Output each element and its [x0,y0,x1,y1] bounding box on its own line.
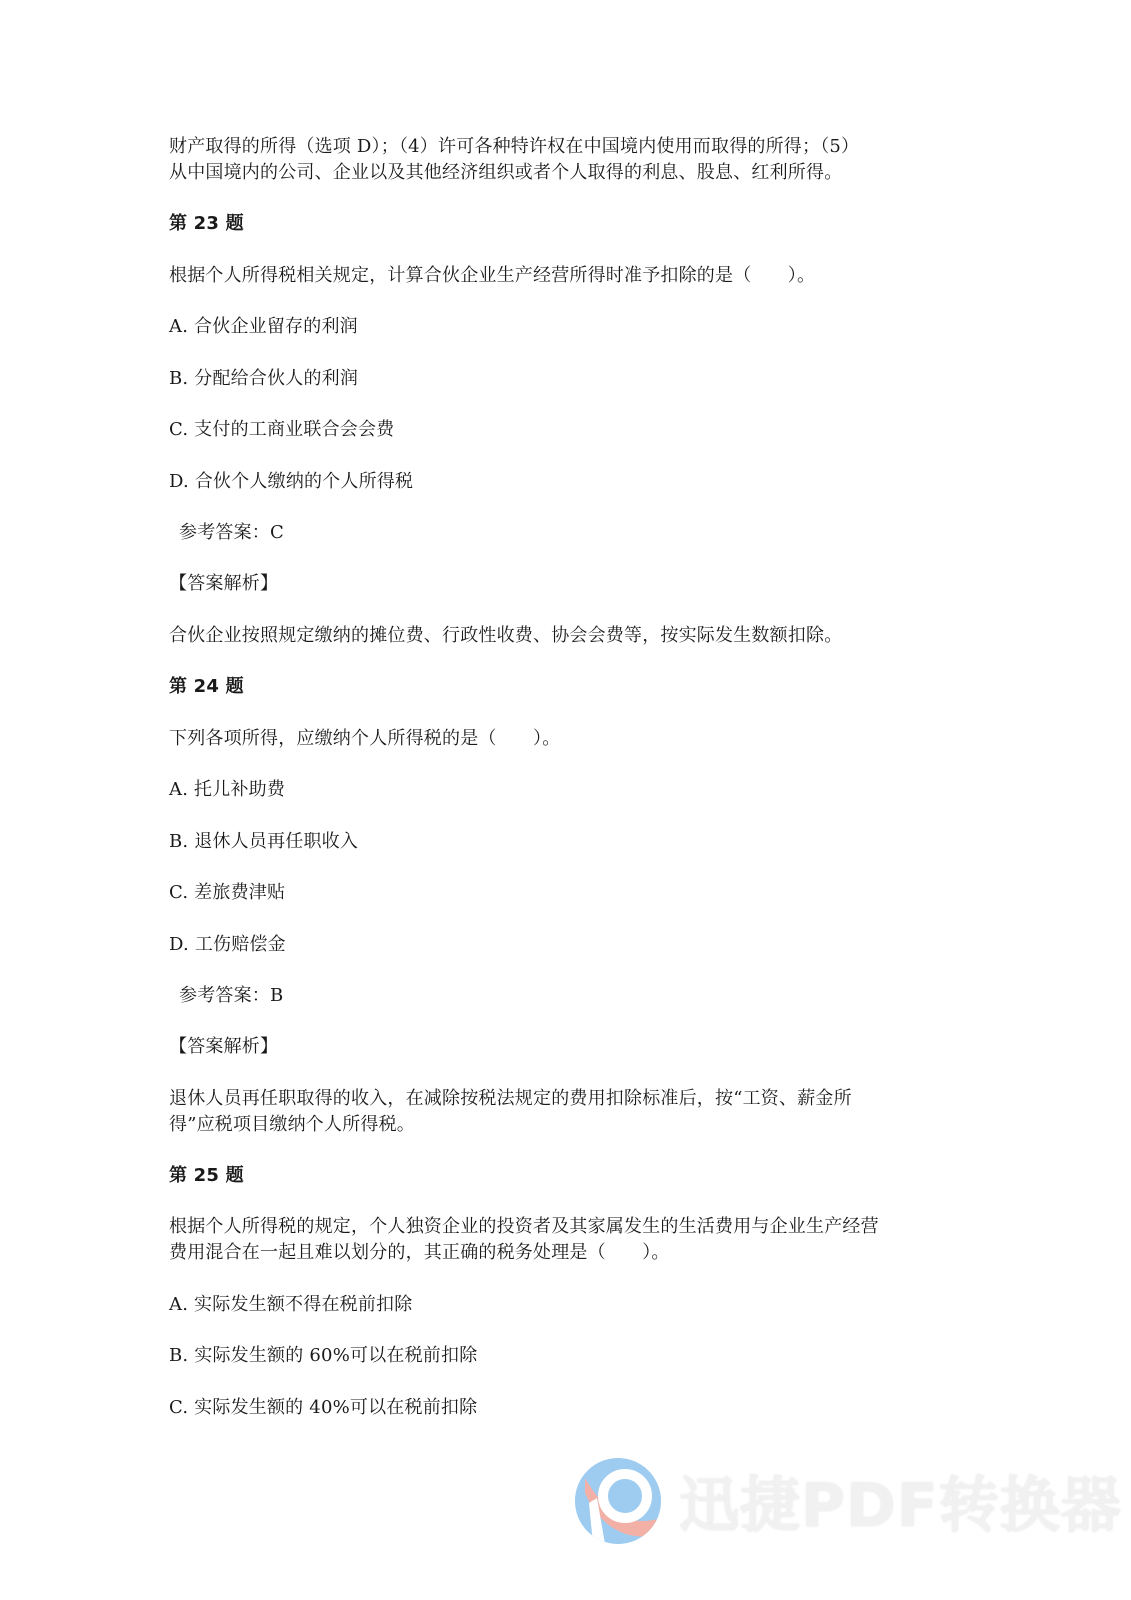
continuation-line-2: 从中国境内的公司、企业以及其他经济组织或者个人取得的利息、股息、红利所得。 [169,160,842,186]
question-23-option-c: C. 支付的工商业联合会会费 [169,417,394,443]
converter-logo-icon [575,1458,661,1544]
question-24-option-b: B. 退休人员再任职收入 [169,829,358,855]
question-25-option-a: A. 实际发生额不得在税前扣除 [169,1292,412,1318]
question-25-option-b: B. 实际发生额的 60%可以在税前扣除 [169,1343,477,1369]
question-24-option-d: D. 工伤赔偿金 [169,932,286,958]
question-23-analysis-label: 【答案解析】 [169,571,278,597]
watermark: 迅捷PDF转换器 [575,1458,1122,1544]
question-25-option-c: C. 实际发生额的 40%可以在税前扣除 [169,1395,477,1421]
question-23-option-d: D. 合伙个人缴纳的个人所得税 [169,469,413,495]
watermark-text: 迅捷PDF转换器 [679,1458,1122,1544]
question-24-analysis-label: 【答案解析】 [169,1034,278,1060]
question-24-analysis-line-1: 退休人员再任职取得的收入，在减除按税法规定的费用扣除标准后，按“工资、薪金所 [169,1086,852,1112]
question-25-stem-line-1: 根据个人所得税的规定，个人独资企业的投资者及其家属发生的生活费用与企业生产经营 [169,1214,879,1240]
question-25-title: 第 25 题 [169,1163,244,1189]
question-23-option-a: A. 合伙企业留存的利润 [169,314,358,340]
question-23-stem: 根据个人所得税相关规定，计算合伙企业生产经营所得时准予扣除的是（ ）。 [169,263,815,289]
continuation-line-1: 财产取得的所得（选项 D）；（4）许可各种特许权在中国境内使用而取得的所得；（5… [169,134,859,160]
question-25-stem-line-2: 费用混合在一起且难以划分的，其正确的税务处理是（ ）。 [169,1240,670,1266]
question-23-answer: 参考答案：C [169,520,284,546]
question-23-option-b: B. 分配给合伙人的利润 [169,366,358,392]
question-23-title: 第 23 题 [169,211,244,237]
question-23-analysis: 合伙企业按照规定缴纳的摊位费、行政性收费、协会会费等，按实际发生数额扣除。 [169,623,842,649]
question-24-stem: 下列各项所得，应缴纳个人所得税的是（ ）。 [169,726,560,752]
question-24-title: 第 24 题 [169,674,244,700]
question-24-option-c: C. 差旅费津贴 [169,880,285,906]
question-24-answer: 参考答案：B [169,983,283,1009]
question-24-analysis-line-2: 得”应税项目缴纳个人所得税。 [169,1112,415,1138]
question-24-option-a: A. 托儿补助费 [169,777,285,803]
